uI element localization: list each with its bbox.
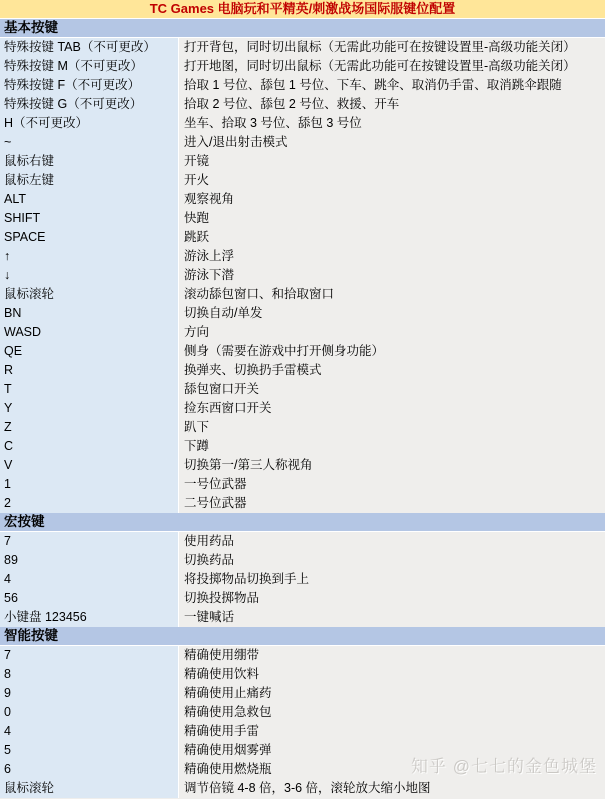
desc-cell: 精确使用止痛药 [179,684,605,703]
section-header: 基本按键 [0,19,605,38]
key-table: 基本按键特殊按键 TAB（不可更改）打开背包，同时切出鼠标（无需此功能可在按键设… [0,19,605,798]
key-cell: 6 [0,760,179,779]
desc-cell: 调节倍镜 4-8 倍，3-6 倍，滚轮放大缩小地图 [179,779,605,798]
key-cell: 小键盘 123456 [0,608,179,627]
desc-cell: 打开地图，同时切出鼠标（无需此功能可在按键设置里-高级功能关闭） [179,57,605,76]
key-cell: 2 [0,494,179,513]
table-row: 56切换投掷物品 [0,589,605,608]
table-row: 鼠标滚轮调节倍镜 4-8 倍，3-6 倍，滚轮放大缩小地图 [0,779,605,798]
desc-cell: 游泳上浮 [179,247,605,266]
key-cell: WASD [0,323,179,342]
desc-cell: 二号位武器 [179,494,605,513]
key-cell: 9 [0,684,179,703]
desc-cell: 趴下 [179,418,605,437]
table-row: Y捡东西窗口开关 [0,399,605,418]
desc-cell: 进入/退出射击模式 [179,133,605,152]
key-cell: 4 [0,722,179,741]
key-cell: ~ [0,133,179,152]
key-cell: 89 [0,551,179,570]
table-row: SPACE跳跃 [0,228,605,247]
table-row: 8精确使用饮料 [0,665,605,684]
table-row: 0精确使用急救包 [0,703,605,722]
table-row: 特殊按键 TAB（不可更改）打开背包，同时切出鼠标（无需此功能可在按键设置里-高… [0,38,605,57]
table-row: 鼠标滚轮滚动舔包窗口、和拾取窗口 [0,285,605,304]
desc-cell: 坐车、拾取 3 号位、舔包 3 号位 [179,114,605,133]
key-cell: 鼠标右键 [0,152,179,171]
table-row: 7使用药品 [0,532,605,551]
key-cell: 8 [0,665,179,684]
table-row: 4精确使用手雷 [0,722,605,741]
desc-cell: 一号位武器 [179,475,605,494]
desc-cell: 侧身（需要在游戏中打开侧身功能） [179,342,605,361]
desc-cell: 拾取 1 号位、舔包 1 号位、下车、跳伞、取消仍手雷、取消跳伞跟随 [179,76,605,95]
desc-cell: 切换第一/第三人称视角 [179,456,605,475]
table-row: BN切换自动/单发 [0,304,605,323]
table-row: ALT观察视角 [0,190,605,209]
table-row: WASD方向 [0,323,605,342]
table-row: ↑游泳上浮 [0,247,605,266]
key-cell: 特殊按键 G（不可更改） [0,95,179,114]
desc-cell: 打开背包，同时切出鼠标（无需此功能可在按键设置里-高级功能关闭） [179,38,605,57]
key-cell: Z [0,418,179,437]
desc-cell: 开火 [179,171,605,190]
table-row: 特殊按键 G（不可更改）拾取 2 号位、舔包 2 号位、救援、开车 [0,95,605,114]
table-row: ↓游泳下潜 [0,266,605,285]
desc-cell: 快跑 [179,209,605,228]
desc-cell: 跳跃 [179,228,605,247]
key-cell: 5 [0,741,179,760]
desc-cell: 精确使用手雷 [179,722,605,741]
section-header: 宏按键 [0,513,605,532]
desc-cell: 舔包窗口开关 [179,380,605,399]
key-cell: SPACE [0,228,179,247]
key-cell: V [0,456,179,475]
desc-cell: 精确使用燃烧瓶 [179,760,605,779]
key-cell: T [0,380,179,399]
key-cell: SHIFT [0,209,179,228]
table-row: Z趴下 [0,418,605,437]
table-row: R换弹夹、切换扔手雷模式 [0,361,605,380]
table-row: 89切换药品 [0,551,605,570]
key-cell: BN [0,304,179,323]
key-cell: 4 [0,570,179,589]
table-row: 小键盘 123456一键喊话 [0,608,605,627]
desc-cell: 换弹夹、切换扔手雷模式 [179,361,605,380]
table-row: 2二号位武器 [0,494,605,513]
key-cell: 特殊按键 M（不可更改） [0,57,179,76]
table-row: 6精确使用燃烧瓶 [0,760,605,779]
desc-cell: 一键喊话 [179,608,605,627]
table-row: 5精确使用烟雾弹 [0,741,605,760]
desc-cell: 滚动舔包窗口、和拾取窗口 [179,285,605,304]
key-cell: ALT [0,190,179,209]
desc-cell: 切换自动/单发 [179,304,605,323]
key-cell: 56 [0,589,179,608]
key-cell: 特殊按键 TAB（不可更改） [0,38,179,57]
desc-cell: 拾取 2 号位、舔包 2 号位、救援、开车 [179,95,605,114]
key-cell: 鼠标左键 [0,171,179,190]
key-cell: Y [0,399,179,418]
table-row: C下蹲 [0,437,605,456]
desc-cell: 方向 [179,323,605,342]
desc-cell: 精确使用绷带 [179,646,605,665]
key-cell: QE [0,342,179,361]
key-cell: R [0,361,179,380]
key-cell: 7 [0,646,179,665]
desc-cell: 开镜 [179,152,605,171]
table-row: 7精确使用绷带 [0,646,605,665]
desc-cell: 下蹲 [179,437,605,456]
table-row: 特殊按键 F（不可更改）拾取 1 号位、舔包 1 号位、下车、跳伞、取消仍手雷、… [0,76,605,95]
desc-cell: 切换投掷物品 [179,589,605,608]
table-row: 4将投掷物品切换到手上 [0,570,605,589]
desc-cell: 捡东西窗口开关 [179,399,605,418]
desc-cell: 观察视角 [179,190,605,209]
table-row: T舔包窗口开关 [0,380,605,399]
desc-cell: 精确使用饮料 [179,665,605,684]
key-cell: ↓ [0,266,179,285]
key-cell: 特殊按键 F（不可更改） [0,76,179,95]
table-row: 鼠标左键开火 [0,171,605,190]
key-cell: 0 [0,703,179,722]
table-row: H（不可更改）坐车、拾取 3 号位、舔包 3 号位 [0,114,605,133]
key-cell: ↑ [0,247,179,266]
desc-cell: 游泳下潜 [179,266,605,285]
key-cell: 1 [0,475,179,494]
desc-cell: 精确使用急救包 [179,703,605,722]
key-cell: 鼠标滚轮 [0,779,179,798]
section-header: 智能按键 [0,627,605,646]
desc-cell: 将投掷物品切换到手上 [179,570,605,589]
table-row: 1一号位武器 [0,475,605,494]
page-title: TC Games 电脑玩和平精英/刺激战场国际服键位配置 [0,0,605,19]
desc-cell: 精确使用烟雾弹 [179,741,605,760]
key-cell: C [0,437,179,456]
table-row: QE侧身（需要在游戏中打开侧身功能） [0,342,605,361]
table-row: 特殊按键 M（不可更改）打开地图，同时切出鼠标（无需此功能可在按键设置里-高级功… [0,57,605,76]
table-row: V切换第一/第三人称视角 [0,456,605,475]
table-row: 鼠标右键开镜 [0,152,605,171]
desc-cell: 使用药品 [179,532,605,551]
keybinding-sheet: TC Games 电脑玩和平精英/刺激战场国际服键位配置 基本按键特殊按键 TA… [0,0,605,799]
desc-cell: 切换药品 [179,551,605,570]
table-row: SHIFT快跑 [0,209,605,228]
key-cell: H（不可更改） [0,114,179,133]
table-row: ~进入/退出射击模式 [0,133,605,152]
table-row: 9精确使用止痛药 [0,684,605,703]
key-cell: 鼠标滚轮 [0,285,179,304]
key-cell: 7 [0,532,179,551]
